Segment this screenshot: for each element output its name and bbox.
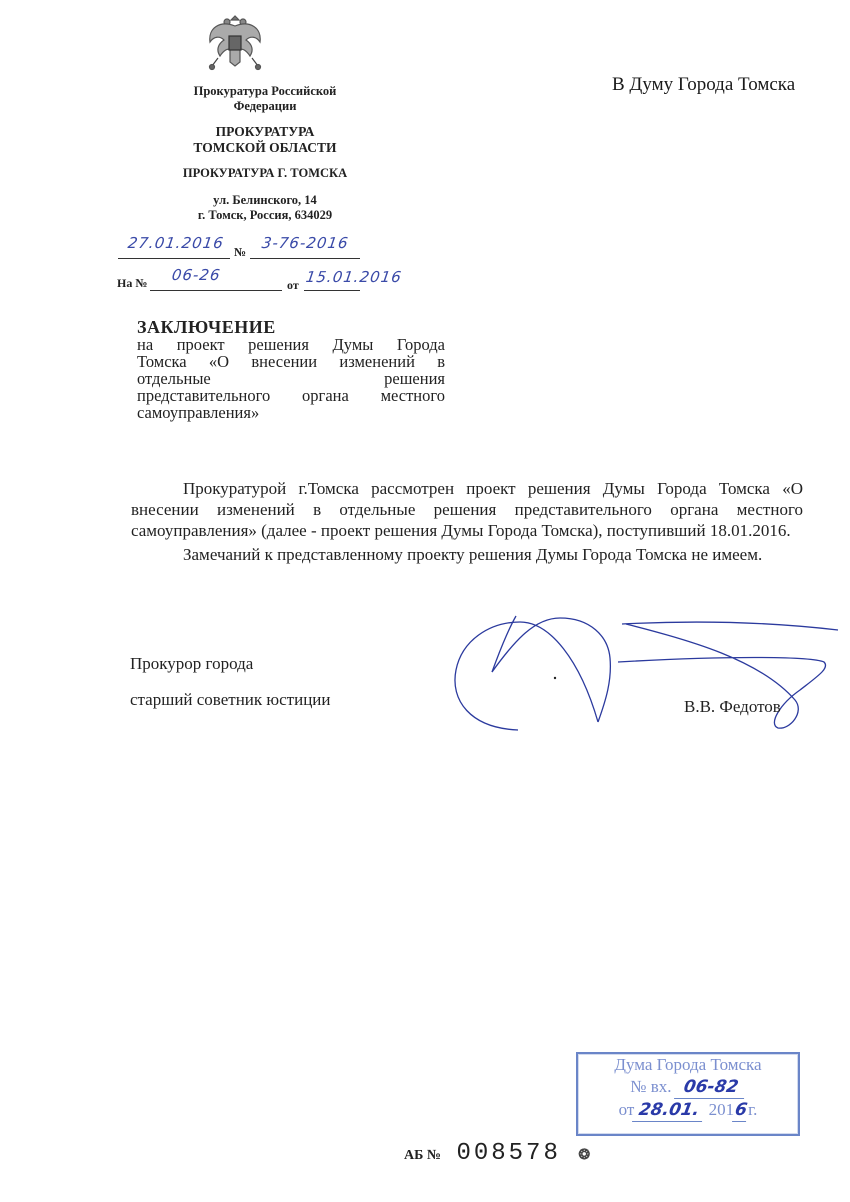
rosette-icon: ❂	[578, 1148, 590, 1163]
handwritten-signature	[440, 600, 850, 740]
reply-date-underline	[304, 290, 360, 291]
form-serial: АБ № 008578 ❂	[404, 1140, 590, 1167]
stamp-title: Дума Города Томска	[578, 1054, 798, 1076]
reply-to-label: На №	[117, 276, 147, 291]
reply-to-number: 06-26	[171, 266, 222, 284]
stamp-incoming-number: 06-82	[674, 1076, 748, 1099]
stamp-year-suffix: г.	[748, 1100, 757, 1119]
body-paragraph: Замечаний к представленному проекту реше…	[131, 544, 803, 565]
signer-position: Прокурор города	[130, 654, 253, 674]
document-body: Прокуратурой г.Томска рассмотрен проект …	[131, 478, 803, 565]
title-line: отдельные решения	[137, 370, 445, 387]
title-line: представительного органа местного	[137, 387, 445, 404]
outgoing-date: 27.01.2016	[127, 234, 225, 252]
date-underline	[118, 258, 230, 259]
outgoing-number: 3-76-2016	[261, 234, 350, 252]
title-line: самоуправления»	[137, 404, 445, 421]
stamp-year-printed: 201	[709, 1100, 735, 1119]
serial-number: 008578	[456, 1140, 560, 1167]
title-heading: ЗАКЛЮЧЕНИЕ	[137, 319, 445, 336]
signer-name: В.В. Федотов	[684, 697, 781, 717]
registration-stamp: Дума Города Томска № вх. 06-82 от28.01. …	[576, 1052, 800, 1136]
address-line: ул. Белинского, 14	[110, 193, 420, 208]
org-name-line: Федерации	[110, 99, 420, 114]
org-name-line: ПРОКУРАТУРА Г. ТОМСКА	[110, 166, 420, 181]
stamp-date-row: от28.01. 2016г.	[578, 1099, 798, 1122]
address-line: г. Томск, Россия, 634029	[110, 208, 420, 223]
serial-series-label: АБ №	[404, 1148, 441, 1163]
reply-to-date: 15.01.2016	[305, 268, 403, 286]
org-name-line: ТОМСКОЙ ОБЛАСТИ	[110, 140, 420, 156]
number-underline	[250, 258, 360, 259]
stamp-incoming-row: № вх. 06-82	[578, 1076, 798, 1099]
org-name-line: Прокуратура Российской	[110, 84, 420, 99]
reply-number-underline	[150, 290, 282, 291]
title-line: на проект решения Думы Города	[137, 336, 445, 353]
number-label: №	[234, 245, 246, 260]
body-paragraph: Прокуратурой г.Томска рассмотрен проект …	[131, 478, 803, 541]
title-line: Томска «О внесении изменений в	[137, 353, 445, 370]
signer-rank: старший советник юстиции	[130, 690, 330, 710]
org-name-line: ПРОКУРАТУРА	[110, 124, 420, 140]
stamp-incoming-label: № вх.	[630, 1077, 671, 1096]
coat-of-arms-icon	[200, 6, 270, 76]
document-title: ЗАКЛЮЧЕНИЕ на проект решения Думы Города…	[137, 319, 445, 421]
addressee: В Думу Города Томска	[612, 74, 795, 96]
stamp-date-handwritten: 28.01.	[632, 1099, 706, 1122]
letterhead: Прокуратура Российской Федерации ПРОКУРА…	[110, 84, 420, 223]
from-label: от	[287, 278, 299, 293]
